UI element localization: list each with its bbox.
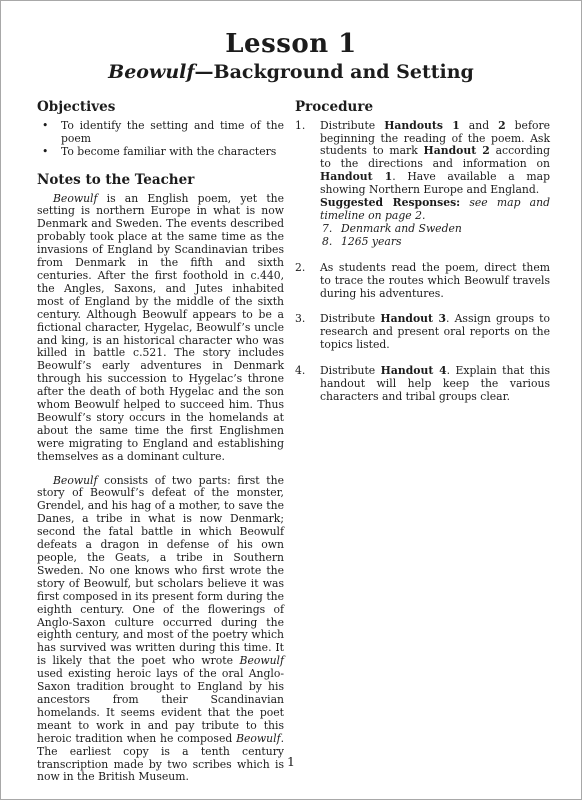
bullet-icon <box>37 146 61 159</box>
page-footer: 1 <box>1 754 581 769</box>
procedure-item-2: 2. As students read the poem, direct the… <box>295 262 550 301</box>
objective-text: To become familiar with the characters <box>61 146 284 159</box>
sub-item-number: 8. <box>322 236 341 249</box>
objectives-section: Objectives To identify the setting and t… <box>37 99 284 159</box>
lesson-title: Lesson 1 <box>1 30 581 59</box>
notes-paragraph-2: Beowulf consists of two parts: first the… <box>37 475 284 785</box>
page-number: 1 <box>287 754 295 769</box>
lesson-page: Lesson 1 Beowulf—Background and Setting … <box>0 0 582 800</box>
sub-item-text: 1265 years <box>341 236 550 249</box>
objectives-heading: Objectives <box>37 99 284 115</box>
item-body: Distribute Handouts 1 and 2 before begin… <box>320 120 550 249</box>
response-sub-item: 8. 1265 years <box>320 236 550 249</box>
item-text: Distribute Handouts 1 and 2 before begin… <box>320 120 550 197</box>
item-number: 1. <box>295 120 320 249</box>
two-column-body: Objectives To identify the setting and t… <box>1 99 581 784</box>
procedure-heading: Procedure <box>295 99 550 115</box>
item-text: Distribute Handout 4. Explain that this … <box>320 365 550 404</box>
suggested-responses: Suggested Responses: see map and timelin… <box>320 197 550 223</box>
notes-section: Notes to the Teacher Beowulf is an Engli… <box>37 172 284 784</box>
item-text: Distribute Handout 3. Assign groups to r… <box>320 313 550 352</box>
lesson-subtitle: Beowulf—Background and Setting <box>1 62 581 84</box>
bullet-icon <box>37 120 61 146</box>
item-body: Distribute Handout 3. Assign groups to r… <box>320 313 550 352</box>
item-number: 3. <box>295 313 320 352</box>
item-number: 2. <box>295 262 320 301</box>
item-body: Distribute Handout 4. Explain that this … <box>320 365 550 404</box>
procedure-item-3: 3. Distribute Handout 3. Assign groups t… <box>295 313 550 352</box>
sub-item-text: Denmark and Sweden <box>341 223 550 236</box>
objective-item: To become familiar with the characters <box>37 146 284 159</box>
left-column: Objectives To identify the setting and t… <box>37 99 284 784</box>
notes-heading: Notes to the Teacher <box>37 172 284 188</box>
right-column: Procedure 1. Distribute Handouts 1 and 2… <box>295 99 550 784</box>
item-body: As students read the poem, direct them t… <box>320 262 550 301</box>
objective-item: To identify the setting and time of the … <box>37 120 284 146</box>
objective-text: To identify the setting and time of the … <box>61 120 284 146</box>
response-sub-item: 7. Denmark and Sweden <box>320 223 550 236</box>
notes-paragraph-1: Beowulf is an English poem, yet the sett… <box>37 193 284 464</box>
item-text: As students read the poem, direct them t… <box>320 262 550 301</box>
procedure-item-4: 4. Distribute Handout 4. Explain that th… <box>295 365 550 404</box>
item-number: 4. <box>295 365 320 404</box>
procedure-item-1: 1. Distribute Handouts 1 and 2 before be… <box>295 120 550 249</box>
sub-item-number: 7. <box>322 223 341 236</box>
page-header: Lesson 1 Beowulf—Background and Setting <box>1 1 581 83</box>
